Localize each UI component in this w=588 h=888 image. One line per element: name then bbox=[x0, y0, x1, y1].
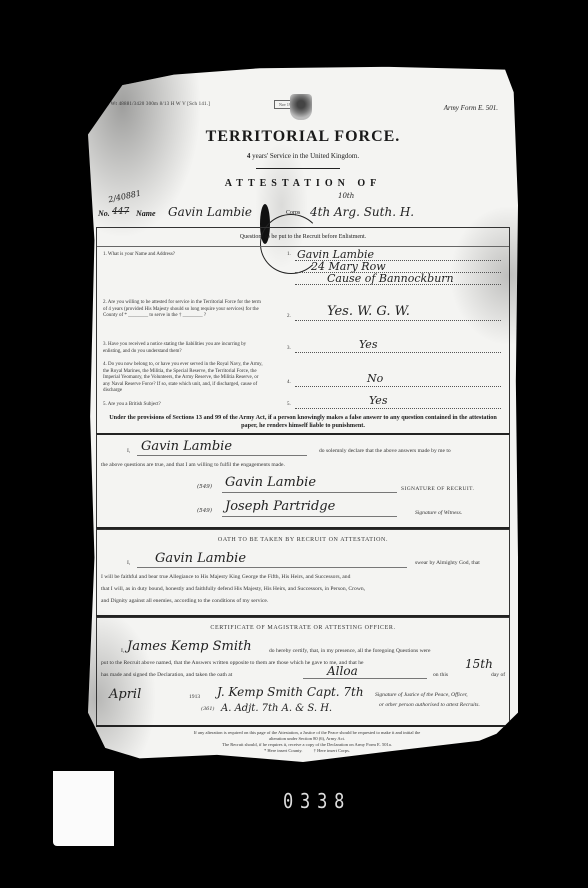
question-4: 4. Do you now belong to, or have you eve… bbox=[103, 362, 263, 395]
answer-line bbox=[295, 320, 501, 321]
false-answer-warning: Under the provisions of Sections 13 and … bbox=[101, 414, 505, 430]
footer-notes: * Here insert County. † Here insert Corp… bbox=[108, 748, 506, 754]
film-marker-card bbox=[53, 771, 114, 846]
attestation-heading: ATTESTATION OF bbox=[88, 178, 518, 189]
answer-3-number: 3. bbox=[287, 346, 291, 353]
oath-text-4: and Dignity against all enemies, accordi… bbox=[101, 597, 268, 605]
royal-coat-of-arms-icon bbox=[290, 94, 312, 120]
print-line: (8.13) Wt 48881/3420 300m 8/13 H W V [Sc… bbox=[96, 102, 210, 107]
certificate-heading: CERTIFICATE OF MAGISTRATE OR ATTESTING O… bbox=[97, 625, 509, 631]
certificate-text-5: day of bbox=[491, 671, 505, 679]
certificate-text-3: has made and signed the Declaration, and… bbox=[101, 671, 232, 679]
number-label: No. bbox=[98, 209, 110, 218]
attestation-form-page: (8.13) Wt 48881/3420 300m 8/13 H W V [Sc… bbox=[88, 64, 518, 769]
questions-heading: Questions to be put to the Recruit befor… bbox=[97, 234, 509, 240]
recruit-number: (549) bbox=[197, 483, 212, 491]
attestation-day: 15th bbox=[465, 657, 493, 671]
answer-line bbox=[295, 352, 501, 353]
answer-line bbox=[295, 386, 501, 387]
officer-signature-line-2: A. Adjt. 7th A. & S. H. bbox=[221, 703, 332, 714]
footer-note-corps: † Here insert Corps. bbox=[314, 748, 350, 753]
service-years: 4 bbox=[247, 152, 251, 160]
declaration-text-1: do solemnly declare that the above answe… bbox=[319, 447, 451, 455]
regimental-number-new: 2/40881 bbox=[107, 189, 141, 205]
question-1: 1. What is your Name and Address? bbox=[103, 252, 263, 259]
name-label: Name bbox=[136, 209, 156, 218]
answer-2-number: 2. bbox=[287, 314, 291, 321]
answer-2: Yes. W. G. W. bbox=[327, 304, 410, 319]
attestation-month: April bbox=[109, 687, 141, 702]
certificate-text-1: do hereby certify, that, in my presence,… bbox=[269, 647, 431, 655]
question-2: 2. Are you willing to be attested for se… bbox=[103, 300, 263, 320]
officer-signature-label-2: or other person authorised to attest Rec… bbox=[379, 701, 480, 709]
oath-name-line bbox=[137, 567, 407, 568]
oath-section: OATH TO BE TAKEN BY RECRUIT ON ATTESTATI… bbox=[96, 527, 510, 618]
witness-signature-label: Signature of Witness. bbox=[415, 509, 462, 517]
recruit-signature: Gavin Lambie bbox=[225, 475, 316, 490]
declaration-text-2: the above questions are true, and that I… bbox=[101, 461, 285, 469]
recruit-name: Gavin Lambie bbox=[168, 205, 252, 219]
oath-name: Gavin Lambie bbox=[155, 551, 246, 566]
answer-1-line-3: Cause of Bannockburn bbox=[327, 272, 454, 285]
declaration-prefix: I, bbox=[127, 447, 130, 455]
corps-value: 4th Arg. Suth. H. bbox=[310, 205, 414, 219]
oath-text-3: that I will, as in duty bound, honestly … bbox=[101, 585, 365, 593]
certificate-prefix: I, bbox=[121, 647, 124, 655]
service-subtitle: 4 years' Service in the United Kingdom. bbox=[88, 152, 518, 160]
oath-text-2: I will be faithful and bear true Allegia… bbox=[101, 573, 350, 581]
recruit-signature-line bbox=[222, 492, 397, 493]
attestation-place: Alloa bbox=[327, 664, 358, 678]
oath-prefix: I, bbox=[127, 559, 130, 567]
declaration-section: I, Gavin Lambie do solemnly declare that… bbox=[96, 433, 510, 530]
service-subtitle-text: years' Service in the United Kingdom. bbox=[252, 152, 359, 160]
answer-line bbox=[295, 408, 501, 409]
certificate-text-4: on this bbox=[433, 671, 448, 679]
title-divider bbox=[256, 168, 340, 169]
place-line bbox=[303, 678, 427, 679]
witness-number: (549) bbox=[197, 507, 212, 515]
oath-text-1: swear by Almighty God, that bbox=[415, 559, 480, 567]
answer-4-number: 4. bbox=[287, 380, 291, 387]
certificate-section: CERTIFICATE OF MAGISTRATE OR ATTESTING O… bbox=[96, 615, 510, 726]
certificate-text-2: put to the Recruit above named, that the… bbox=[101, 659, 364, 667]
officer-number: (361) bbox=[201, 705, 214, 713]
answer-1-number: 1. bbox=[287, 252, 291, 259]
officer-signature-label-1: Signature of Justice of the Peace, Offic… bbox=[375, 691, 468, 699]
answer-5-number: 5. bbox=[287, 402, 291, 409]
footer-divider bbox=[96, 725, 508, 727]
answer-3: Yes bbox=[359, 338, 377, 351]
footer-note-county: * Here insert County. bbox=[264, 748, 302, 753]
answer-4: No bbox=[367, 372, 383, 385]
declaration-name-line bbox=[137, 455, 307, 456]
alteration-note: If any alteration is required on this pa… bbox=[108, 730, 506, 754]
questions-section: Questions to be put to the Recruit befor… bbox=[96, 227, 510, 435]
film-frame-number: 0338 bbox=[283, 789, 351, 813]
answer-5: Yes bbox=[369, 394, 387, 407]
officer-signature: J. Kemp Smith Capt. 7th bbox=[217, 685, 364, 699]
recruit-signature-label: SIGNATURE OF RECRUIT. bbox=[401, 485, 474, 493]
oath-heading: OATH TO BE TAKEN BY RECRUIT ON ATTESTATI… bbox=[97, 537, 509, 543]
declaration-name: Gavin Lambie bbox=[141, 439, 232, 454]
questions-heading-divider bbox=[97, 246, 509, 247]
question-3: 3. Have you received a notice stating th… bbox=[103, 342, 263, 355]
form-title: TERRITORIAL FORCE. bbox=[88, 128, 518, 146]
witness-signature-line bbox=[222, 516, 397, 517]
form-number: Army Form E. 501. bbox=[444, 104, 498, 112]
officer-name: James Kemp Smith bbox=[127, 639, 252, 654]
witness-signature: Joseph Partridge bbox=[225, 499, 335, 514]
regimental-number-struck: 447 bbox=[112, 207, 129, 217]
attestation-year: 1913 bbox=[189, 693, 200, 701]
corps-superscript: 10th bbox=[338, 192, 354, 200]
question-5: 5. Are you a British Subject? bbox=[103, 402, 263, 409]
